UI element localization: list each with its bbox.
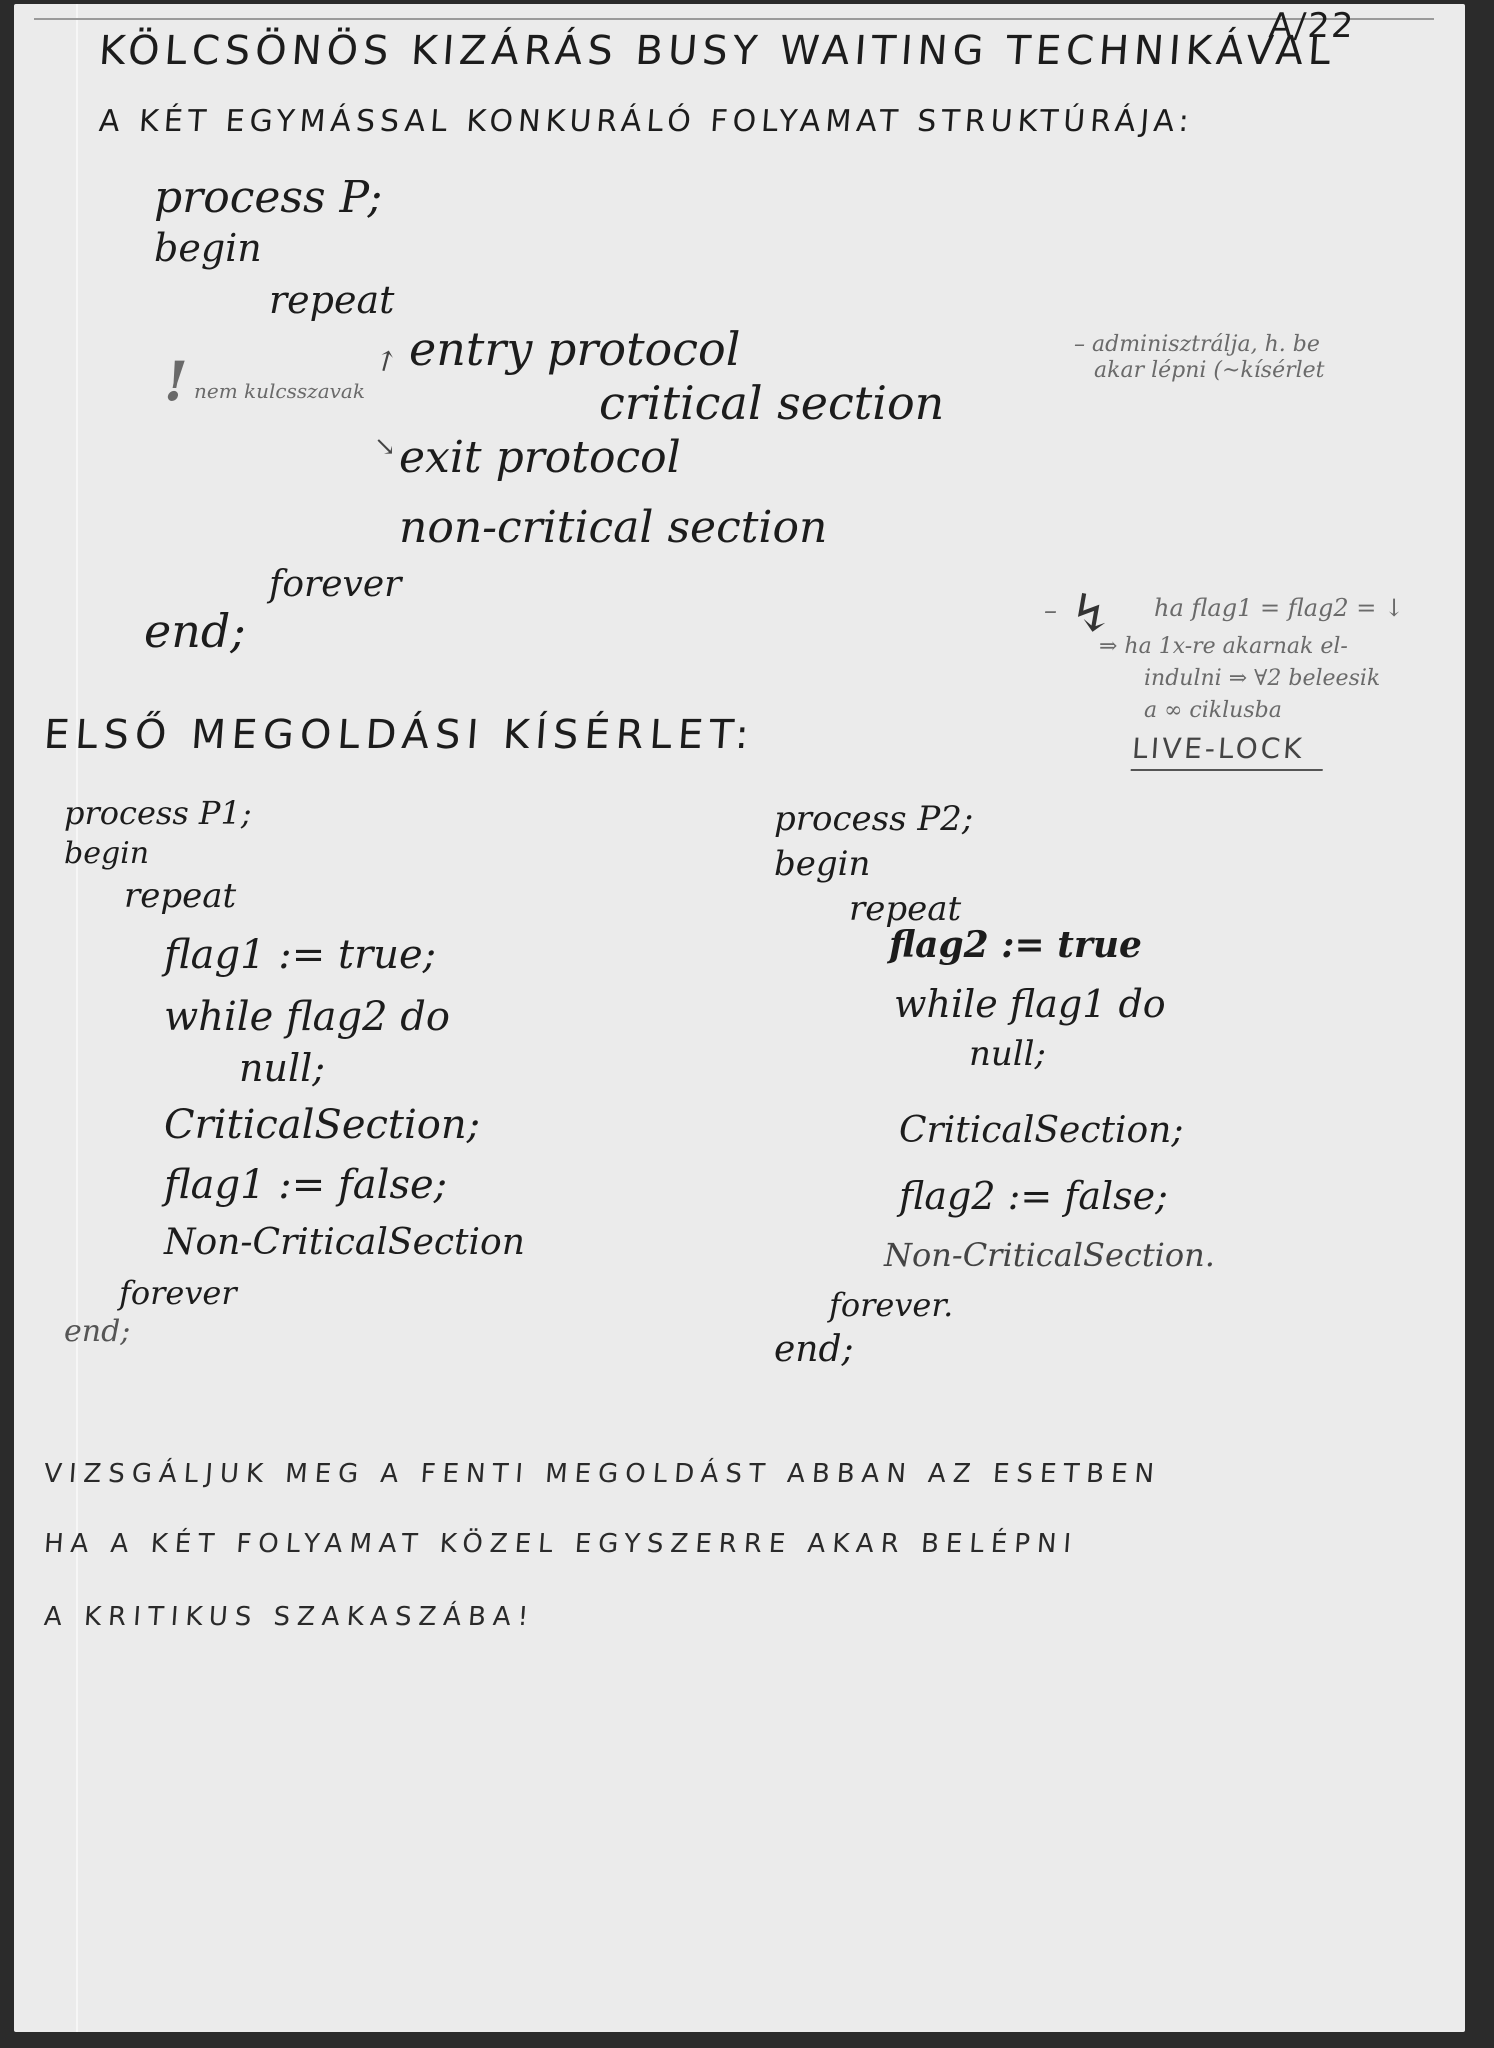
code-line: forever. [829,1286,953,1324]
code-line: flag2 := false; [899,1174,1168,1218]
section-heading: ELSŐ MEGOLDÁSI KÍSÉRLET: [42,712,756,758]
scanned-page: A/22 KÖLCSÖNÖS KIZÁRÁS BUSY WAITING TECH… [14,4,1465,2032]
arrow-icon: ↗ [367,340,404,380]
side-note-line: – adminisztrálja, h. be [1074,332,1320,357]
code-line: forever [119,1274,237,1312]
code-line: end; [144,604,246,658]
page-title: KÖLCSÖNÖS KIZÁRÁS BUSY WAITING TECHNIKÁV… [97,28,1337,74]
code-line: begin [774,844,870,884]
livelock-note-line: ⇒ ha 1x-re akarnak el- [1099,634,1348,659]
header-rule [34,18,1434,20]
dash: – [1044,596,1057,626]
code-line: non-critical section [399,502,827,553]
code-line: flag2 := true [889,924,1142,966]
code-line: null; [239,1046,325,1090]
code-line: end; [64,1314,130,1349]
code-line: end; [774,1329,854,1370]
code-line: forever [269,564,401,605]
livelock-note-line: ha flag1 = flag2 = ↓ [1154,594,1404,622]
code-line: Non-CriticalSection [164,1222,525,1263]
code-line: null; [969,1034,1046,1074]
code-line: exit protocol [399,432,681,483]
code-line: entry protocol [409,322,740,376]
side-note-line: akar lépni (~kísérlet [1094,358,1325,383]
exclamation-icon: ! [164,349,188,413]
code-line: flag1 := true; [164,932,436,978]
code-line: repeat [849,889,961,929]
code-line: repeat [269,278,394,322]
arrow-icon: ↘ [374,432,396,462]
page-subtitle: A KÉT EGYMÁSSAL KONKURÁLÓ FOLYAMAT STRUK… [98,104,1195,139]
code-line: process P; [154,172,382,223]
code-line: while flag2 do [164,994,450,1040]
code-line: begin [64,836,149,871]
code-line: critical section [599,376,944,430]
code-line: begin [154,226,262,270]
paper-crease [76,4,78,2032]
livelock-note-line: indulni ⇒ ∀2 beleesik [1144,666,1380,691]
margin-note: nem kulcsszavak [194,379,365,403]
code-line: Non-CriticalSection. [884,1236,1215,1274]
exercise-line: HA A KÉT FOLYAMAT KÖZEL EGYSZERRE AKAR B… [43,1529,1079,1559]
code-line: CriticalSection; [899,1110,1183,1151]
code-line: process P1; [64,794,252,832]
exercise-line: VIZSGÁLJUK MEG A FENTI MEGOLDÁST ABBAN A… [43,1459,1162,1489]
code-line: process P2; [774,799,973,839]
code-line: while flag1 do [894,982,1166,1026]
code-line: CriticalSection; [164,1102,480,1148]
code-line: flag1 := false; [164,1162,447,1208]
livelock-label: LIVE-LOCK [1131,732,1326,771]
livelock-note-line: a ∞ ciklusba [1144,698,1282,723]
code-line: repeat [124,876,236,916]
exercise-line: A KRITIKUS SZAKASZÁBA! [43,1602,536,1632]
